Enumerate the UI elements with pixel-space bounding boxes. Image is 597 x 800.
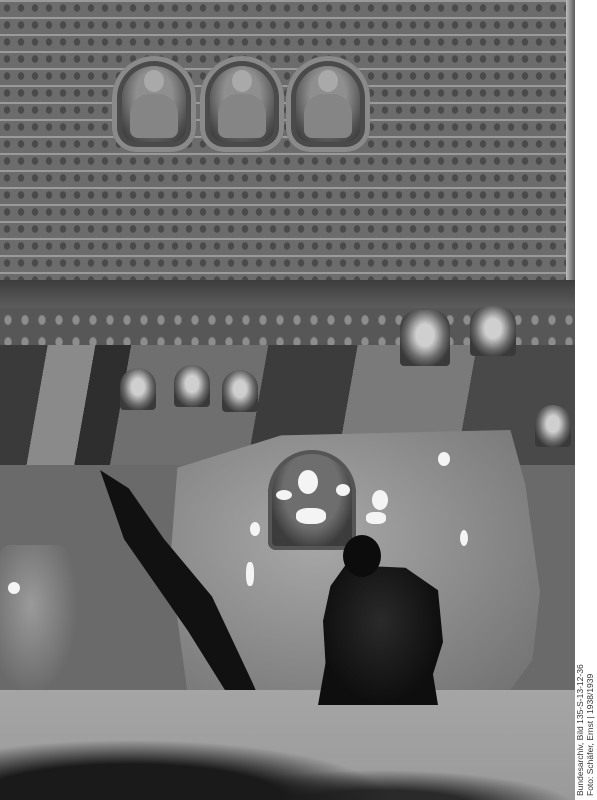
- small-niche: [400, 310, 450, 366]
- relief-body: [304, 94, 352, 138]
- painted-figure: [246, 562, 254, 586]
- painted-figure: [460, 530, 468, 546]
- buddha-relief-left: [112, 56, 196, 152]
- painted-face: [372, 490, 388, 510]
- small-niche: [120, 368, 156, 410]
- relief-head: [318, 70, 338, 92]
- archival-photograph: [0, 0, 575, 800]
- seated-figure: [318, 565, 443, 705]
- small-niche: [174, 365, 210, 407]
- painted-face: [298, 470, 318, 494]
- painted-detail: [336, 484, 350, 496]
- seated-figure-head: [343, 535, 381, 577]
- painted-face: [438, 452, 450, 466]
- buddha-relief-center: [200, 56, 284, 152]
- painted-hands: [296, 508, 326, 524]
- relief-body: [218, 94, 266, 138]
- caption-text: Bundesarchiv, Bild 135-S-13-12-36 Foto: …: [575, 600, 597, 800]
- small-niche: [535, 405, 571, 447]
- painted-detail: [366, 512, 386, 524]
- painted-figure: [250, 522, 260, 536]
- caption-archive-id: Bundesarchiv, Bild 135-S-13-12-36: [575, 600, 585, 796]
- tree-shadow: [0, 725, 575, 800]
- relief-head: [232, 70, 252, 92]
- painted-spot: [8, 582, 20, 594]
- relief-head: [144, 70, 164, 92]
- small-niche: [470, 306, 516, 356]
- relief-covered-wall: [0, 0, 568, 282]
- small-niche: [222, 370, 258, 412]
- large-painted-niche: [268, 450, 356, 550]
- buddha-relief-right: [286, 56, 370, 152]
- painted-detail: [276, 490, 292, 500]
- relief-body: [130, 94, 178, 138]
- left-carved-stone: [0, 545, 78, 695]
- wall-edge: [566, 0, 575, 290]
- photo-caption: Bundesarchiv, Bild 135-S-13-12-36 Foto: …: [575, 600, 597, 800]
- caption-photographer: Foto: Schäfer, Ernst | 1938/1939: [585, 600, 595, 796]
